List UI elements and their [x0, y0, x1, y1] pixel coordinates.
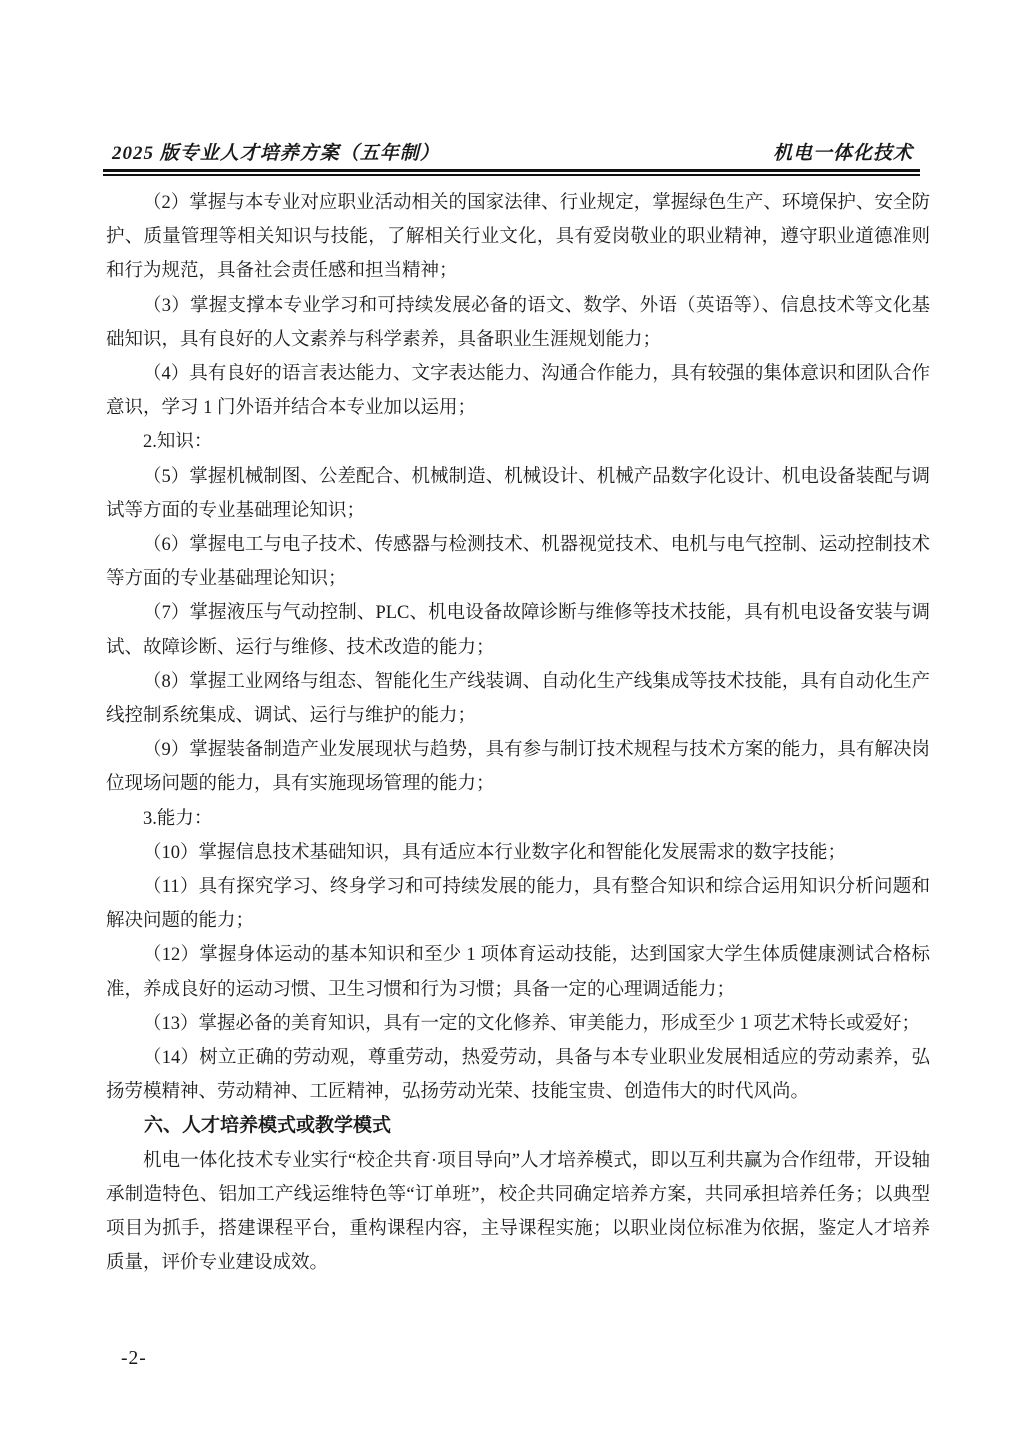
paragraph-item-10: （10）掌握信息技术基础知识，具有适应本行业数字化和智能化发展需求的数字技能； [106, 836, 930, 870]
paragraph-item-3: （3）掌握支撑本专业学习和可持续发展必备的语文、数学、外语（英语等）、信息技术等… [106, 289, 930, 357]
subhead-ability: 3.能力： [106, 802, 930, 836]
paragraph-item-9: （9）掌握装备制造产业发展现状与趋势，具有参与制订技术规程与技术方案的能力，具有… [106, 733, 930, 801]
header-left-title: 2025 版专业人才培养方案（五年制） [103, 138, 440, 165]
paragraph-item-2: （2）掌握与本专业对应职业活动相关的国家法律、行业规定，掌握绿色生产、环境保护、… [106, 186, 930, 289]
paragraph-item-11: （11）具有探究学习、终身学习和可持续发展的能力，具有整合知识和综合运用知识分析… [106, 870, 930, 938]
paragraph-item-12: （12）掌握身体运动的基本知识和至少 1 项体育运动技能，达到国家大学生体质健康… [106, 938, 930, 1006]
paragraph-item-13: （13）掌握必备的美育知识，具有一定的文化修养、审美能力，形成至少 1 项艺术特… [106, 1007, 930, 1041]
page-number: -2- [121, 1348, 147, 1370]
paragraph-item-6: （6）掌握电工与电子技术、传感器与检测技术、机器视觉技术、电机与电气控制、运动控… [106, 528, 930, 596]
paragraph-item-5: （5）掌握机械制图、公差配合、机械制造、机械设计、机械产品数字化设计、机电设备装… [106, 460, 930, 528]
section-heading-six: 六、人才培养模式或教学模式 [106, 1109, 930, 1143]
page-header: 2025 版专业人才培养方案（五年制） 机电一体化技术 [103, 138, 920, 165]
closing-paragraph: 机电一体化技术专业实行“校企共育·项目导向”人才培养模式，即以互利共赢为合作纽带… [106, 1144, 930, 1281]
header-double-rule [103, 169, 920, 176]
document-page: 2025 版专业人才培养方案（五年制） 机电一体化技术 （2）掌握与本专业对应职… [0, 0, 1024, 1448]
paragraph-item-4: （4）具有良好的语言表达能力、文字表达能力、沟通合作能力，具有较强的集体意识和团… [106, 357, 930, 425]
header-right-title: 机电一体化技术 [773, 138, 920, 165]
paragraph-item-8: （8）掌握工业网络与组态、智能化生产线装调、自动化生产线集成等技术技能，具有自动… [106, 665, 930, 733]
paragraph-item-14: （14）树立正确的劳动观，尊重劳动，热爱劳动，具备与本专业职业发展相适应的劳动素… [106, 1041, 930, 1109]
subhead-knowledge: 2.知识： [106, 425, 930, 459]
paragraph-item-7: （7）掌握液压与气动控制、PLC、机电设备故障诊断与维修等技术技能，具有机电设备… [106, 596, 930, 664]
document-body: （2）掌握与本专业对应职业活动相关的国家法律、行业规定，掌握绿色生产、环境保护、… [106, 186, 930, 1281]
